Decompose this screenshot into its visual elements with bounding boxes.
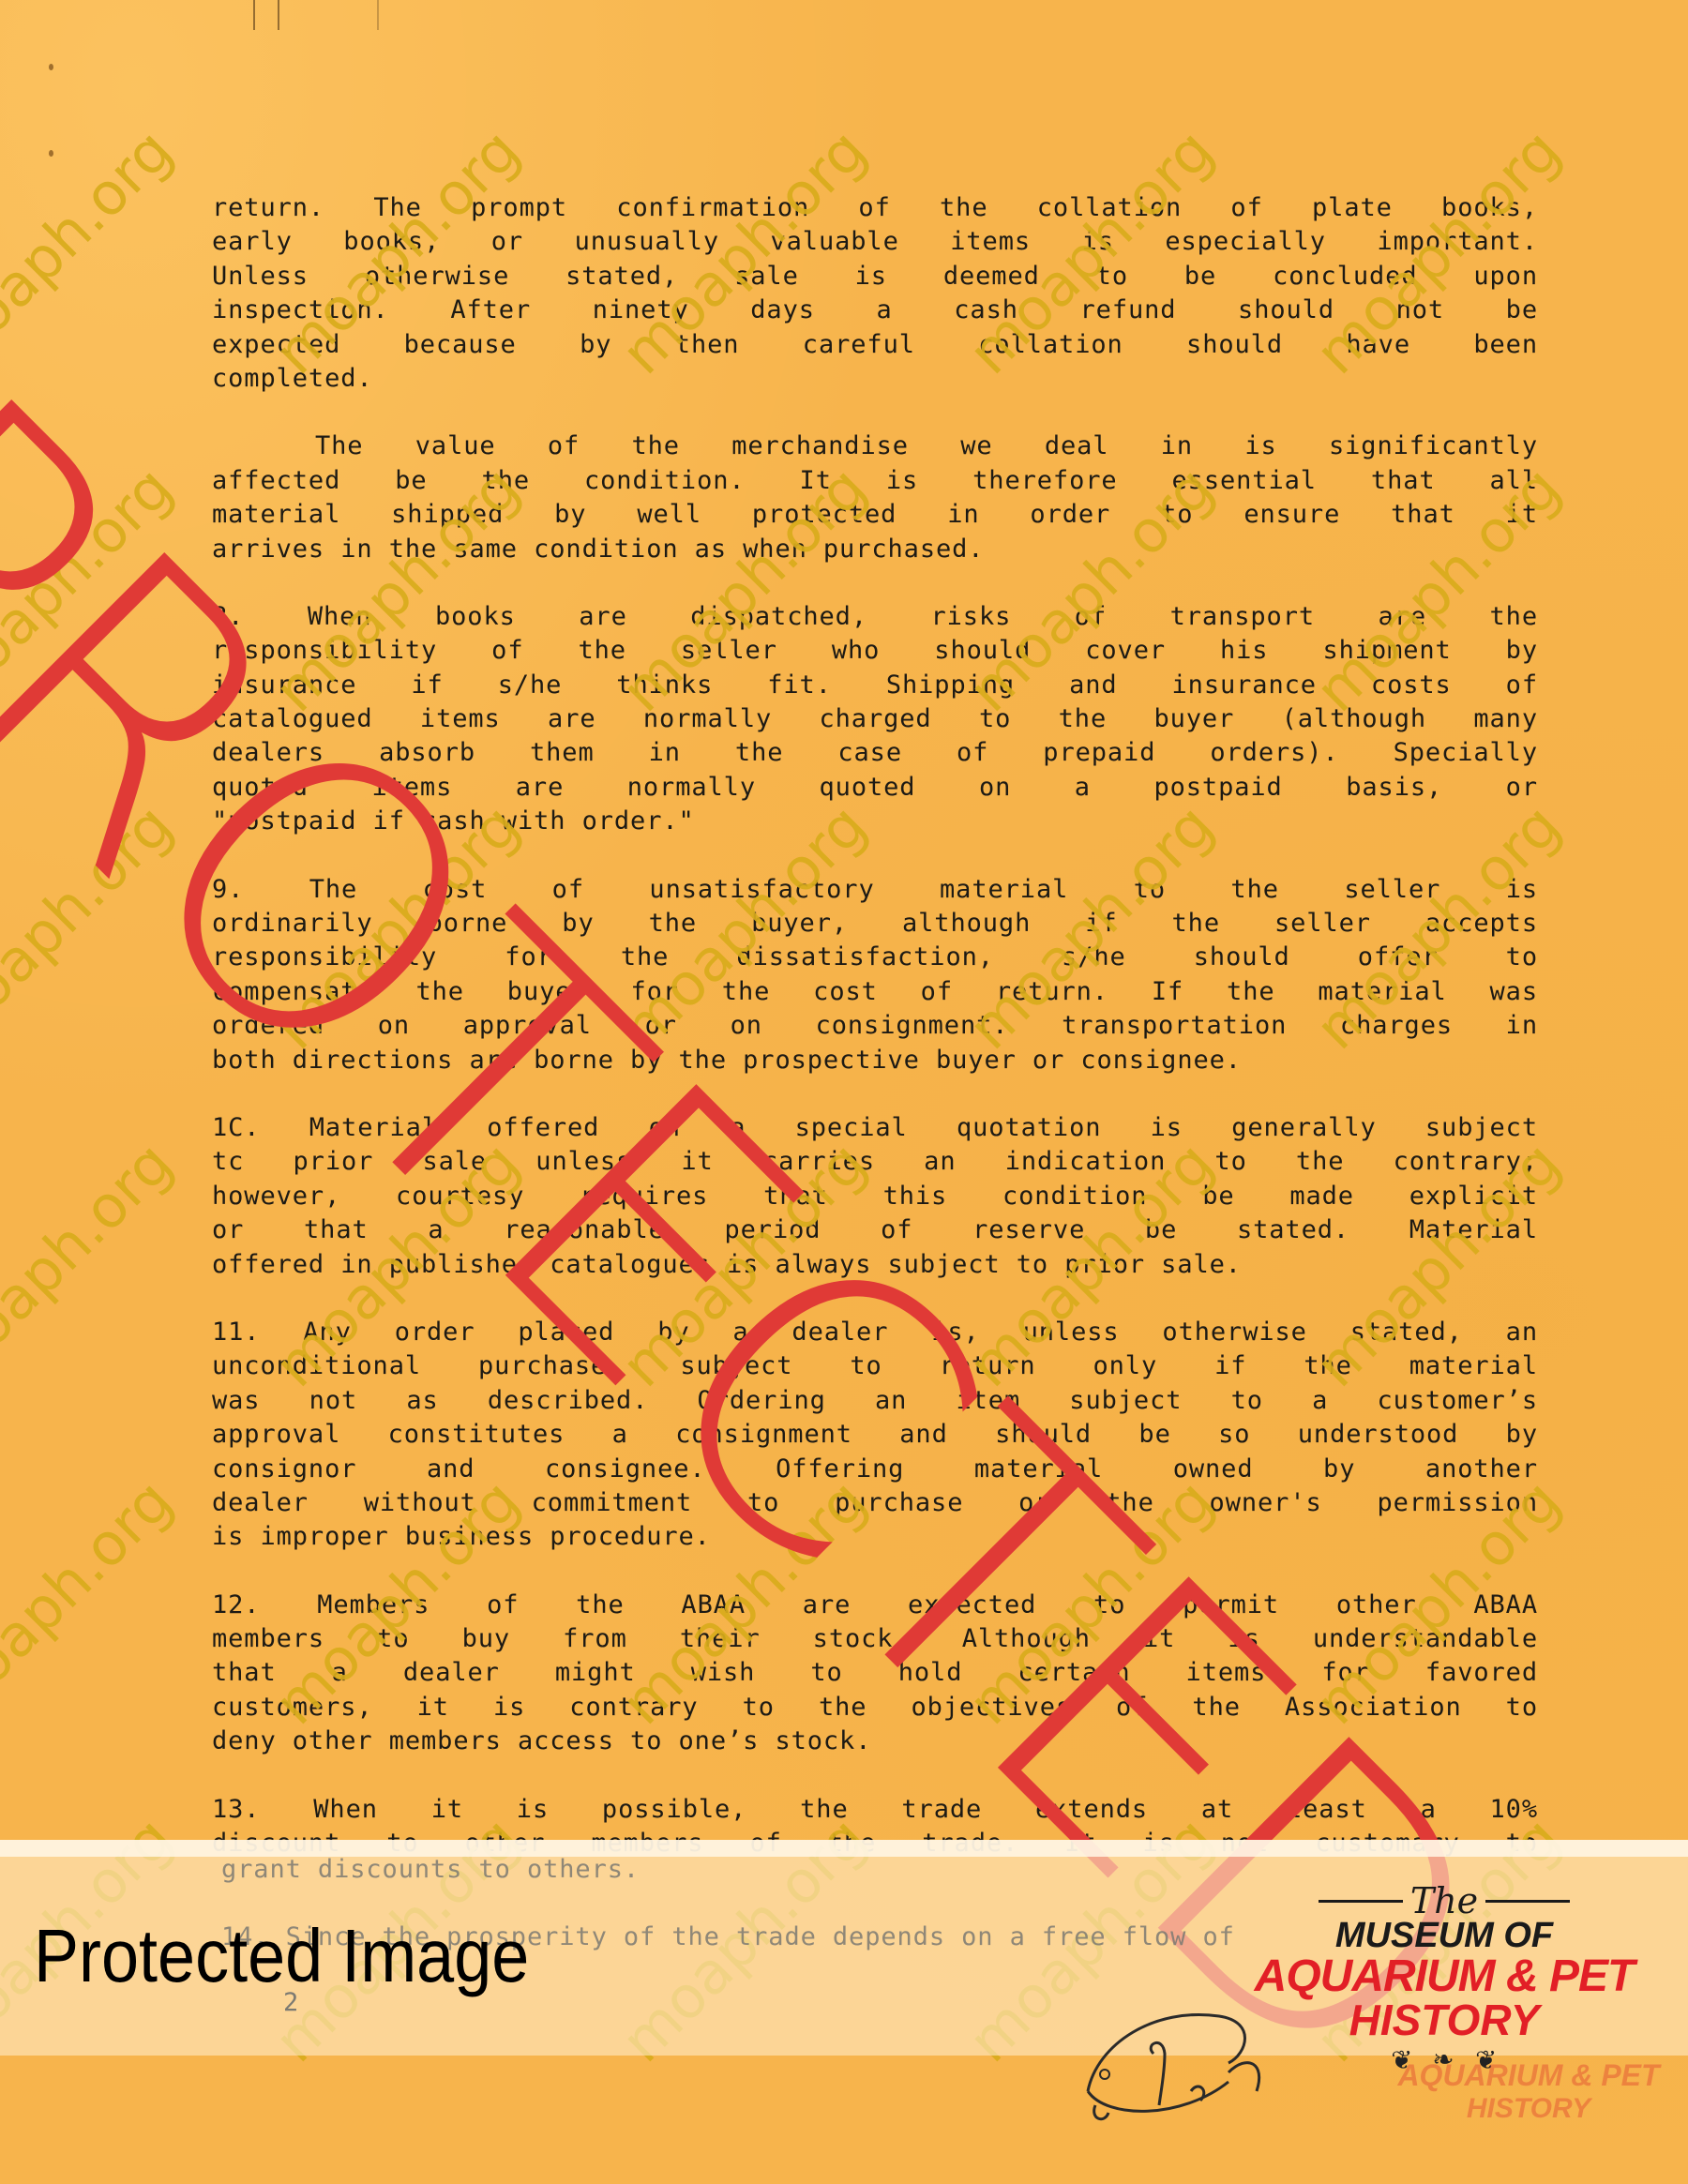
paper-speck bbox=[49, 64, 53, 70]
scan-mark bbox=[278, 0, 279, 30]
paragraph-p7-cont: return. The prompt confirmation of the c… bbox=[212, 191, 1538, 396]
text-line: affected be the condition. It is therefo… bbox=[212, 464, 1538, 498]
text-line: 8. When books are dispatched, risks of t… bbox=[212, 600, 1538, 634]
text-line: material shipped by well protected in or… bbox=[212, 498, 1538, 532]
text-line: responsibility of the seller who should … bbox=[212, 634, 1538, 668]
text-line: completed. bbox=[212, 362, 1538, 396]
text-line: inspection. After ninety days a cash ref… bbox=[212, 294, 1538, 327]
text-line: Unless otherwise stated, sale is deemed … bbox=[212, 260, 1538, 294]
museum-logo: The MUSEUM OF AQUARIUM & PET HISTORY ❦ ❧… bbox=[1238, 1880, 1650, 2077]
scan-mark bbox=[377, 0, 379, 30]
protected-image-label: Protected Image bbox=[34, 1913, 529, 1999]
faded-line: grant discounts to others. bbox=[221, 1855, 640, 1884]
scan-mark bbox=[253, 0, 255, 30]
text-line: arrives in the same condition as when pu… bbox=[212, 533, 1538, 566]
text-line: return. The prompt confirmation of the c… bbox=[212, 191, 1538, 225]
paragraph-p7b: The value of the merchandise we deal in … bbox=[212, 429, 1538, 566]
paper-speck bbox=[49, 150, 53, 157]
museum-logo-ghost: AQUARIUM & PET HISTORY bbox=[1388, 2058, 1669, 2125]
text-line: expected because by then careful collati… bbox=[212, 328, 1538, 362]
text-line: early books, or unusually valuable items… bbox=[212, 225, 1538, 259]
text-line: The value of the merchandise we deal in … bbox=[212, 429, 1538, 463]
logo-ghost-line3: HISTORY bbox=[1388, 2093, 1669, 2125]
logo-line3: HISTORY bbox=[1238, 1995, 1650, 2045]
logo-ghost-line2: AQUARIUM & PET bbox=[1388, 2058, 1669, 2093]
